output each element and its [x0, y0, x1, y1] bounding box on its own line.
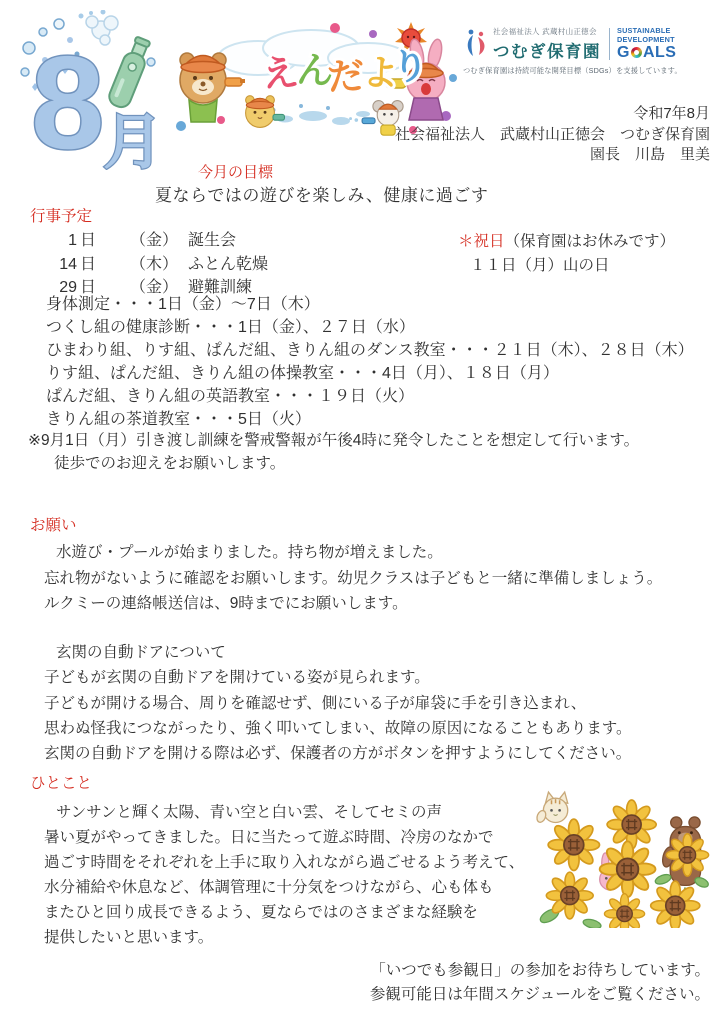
request-line: 水遊び・プールが始まりました。持ち物が増えました。 — [44, 540, 662, 566]
message-line: またひと回り成長できるよう、夏ならではのさまざまな経験を — [44, 900, 524, 925]
request-heading: お願い — [30, 513, 77, 535]
schedule-line: ひまわり組、りす組、ぱんだ組、きりん組のダンス教室・・・２１日（木）、２８日（木… — [46, 339, 694, 362]
sdgs-word-development: DEVELOPMENT — [617, 36, 676, 45]
drill-notice: ※9月1日（月）引き渡し訓練を警戒警報が午後4時に発令したことを想定して行います… — [28, 430, 639, 475]
issue-info: 令和7年8月 社会福祉法人 武蔵村山正徳会 つむぎ保育園 園長 川島 里美 — [395, 104, 710, 166]
sdgs-wheel-icon — [631, 47, 642, 58]
month-numeral: 8 — [31, 29, 104, 170]
logo-school-name: つむぎ保育園 — [493, 38, 601, 62]
door-notice-line: 思わぬ怪我につながったり、強く叩いてしまい、故障の原因になることもあります。 — [44, 716, 631, 741]
event-row: 1 日 （金） 誕生会 — [55, 229, 268, 253]
sunflower-animals-illustration — [533, 786, 711, 928]
issue-org: 社会福祉法人 武蔵村山正徳会 つむぎ保育園 — [395, 125, 710, 146]
event-day: 14 — [55, 253, 77, 277]
schedule-heading: 行事予定 — [30, 204, 92, 226]
message-line: サンサンと輝く太陽、青い空と白い雲、そしてセミの声 — [44, 800, 524, 825]
event-day-suffix: 日 — [80, 229, 96, 253]
schedule-line: ぱんだ組、きりん組の英語教室・・・１９日（火） — [46, 385, 694, 408]
banner-letter-da: だ — [326, 55, 365, 98]
event-name: ふとん乾燥 — [188, 253, 268, 277]
door-notice-line: 子どもが開ける場合、周りを確認せず、側にいる子が扉袋に手を引き込まれ、 — [44, 691, 631, 716]
event-weekday: （金） — [130, 229, 178, 253]
event-weekday: （木） — [130, 253, 178, 277]
ramune-bottle — [106, 35, 153, 110]
message-heading: ひとこと — [30, 771, 92, 793]
holiday-item: １１日（月）山の日 — [458, 254, 675, 278]
goal-heading: 今月の目標 — [198, 161, 273, 182]
event-list: 1 日 （金） 誕生会 14 日 （木） ふとん乾燥 29 日 （金） 避難訓練 — [55, 229, 268, 300]
drill-notice-line1: ※9月1日（月）引き渡し訓練を警戒警報が午後4時に発令したことを想定して行います… — [28, 430, 639, 453]
auto-door-notice: 玄関の自動ドアについて 子どもが玄関の自動ドアを開けている姿が見られます。 子ど… — [44, 640, 631, 766]
sdgs-goals-g: G — [617, 44, 630, 61]
drill-notice-line2: 徒歩でのお迎えをお願いします。 — [28, 453, 639, 476]
message-line: 暑い夏がやってきました。日に当たって遊ぶ時間、冷房のなかで — [44, 825, 524, 850]
logo-divider — [609, 28, 610, 60]
footer-line1: 「いつでも参観日」の参加をお待ちしています。 — [370, 959, 710, 983]
sdgs-logo: SUSTAINABLE DEVELOPMENT GALS — [617, 27, 676, 61]
august-month-badge-illustration: 8 月 — [15, 10, 165, 170]
request-line: ルクミーの連絡帳送信は、9時までにお願いします。 — [44, 591, 662, 617]
message-line: 提供したいと思います。 — [44, 925, 524, 950]
cub-character — [246, 96, 285, 128]
schedule-line: きりん組の茶道教室・・・5日（火） — [46, 408, 694, 431]
newsletter-page: 8 月 — [0, 0, 724, 1024]
water-splash-decoration — [271, 104, 371, 125]
schedule-lines: 身体測定・・・1日（金）～7日（木） つくし組の健康診断・・・1日（金）、２７日… — [46, 293, 694, 431]
goal-text: 夏ならではの遊びを楽しみ、健康に過ごす — [155, 181, 488, 206]
tsumugi-logo-icon — [463, 28, 489, 60]
message-line: 水分補給や休息など、体調管理に十分気をつけながら、心も体も — [44, 875, 524, 900]
holiday-label: ＊祝日 — [458, 233, 505, 250]
event-day-suffix: 日 — [80, 253, 96, 277]
event-row: 14 日 （木） ふとん乾燥 — [55, 253, 268, 277]
sdgs-goals-als: ALS — [643, 44, 677, 61]
issue-director: 園長 川島 里美 — [395, 145, 710, 166]
sdgs-word-goals: GALS — [617, 44, 676, 61]
request-line: 忘れ物がないように確認をお願いします。幼児クラスは子どもと一緒に準備しましょう。 — [44, 566, 662, 592]
holiday-note: ＊祝日（保育園はお休みです） １１日（月）山の日 — [458, 230, 675, 278]
event-day: 1 — [55, 229, 77, 253]
cat-character — [535, 792, 567, 824]
message-line: 過ごす時間をそれぞれを上手に取り入れながら過ごせるよう考えて、 — [44, 850, 524, 875]
month-kanji: 月 — [103, 109, 163, 170]
event-name: 誕生会 — [188, 229, 236, 253]
door-notice-line: 子どもが玄関の自動ドアを開けている姿が見られます。 — [44, 665, 631, 690]
logo-org-small: 社会福祉法人 武蔵村山正徳会 — [493, 26, 601, 37]
request-lines: 水遊び・プールが始まりました。持ち物が増えました。 忘れ物がないように確認をお願… — [44, 540, 662, 617]
logo-names: 社会福祉法人 武蔵村山正徳会 つむぎ保育園 — [493, 26, 601, 62]
message-lines: サンサンと輝く太陽、青い空と白い雲、そしてセミの声 暑い夏がやってきました。日に… — [44, 800, 524, 950]
door-notice-line: 玄関の自動ドアについて — [44, 640, 631, 665]
logo-tagline: つむぎ保育園は持続可能な開発目標（SDGs）を支援しています。 — [463, 66, 721, 76]
banner-letter-ri: り — [391, 45, 430, 88]
banner-letter-e: え — [260, 51, 301, 96]
schedule-line: つくし組の健康診断・・・1日（金）、２７日（水） — [46, 316, 694, 339]
issue-date: 令和7年8月 — [395, 104, 710, 125]
school-logo-block: 社会福祉法人 武蔵村山正徳会 つむぎ保育園 SUSTAINABLE DEVELO… — [463, 26, 721, 76]
schedule-line: りす組、ぱんだ組、きりん組の体操教室・・・4日（月）、１８日（月） — [46, 362, 694, 385]
footer-note: 「いつでも参観日」の参加をお待ちしています。 参観可能日は年間スケジュールをご覧… — [370, 959, 710, 1007]
holiday-note-text: （保育園はお休みです） — [505, 233, 676, 250]
footer-line2: 参観可能日は年間スケジュールをご覧ください。 — [370, 983, 710, 1007]
schedule-line: 身体測定・・・1日（金）～7日（木） — [46, 293, 694, 316]
door-notice-line: 玄関の自動ドアを開ける際は必ず、保護者の方がボタンを押すようにしてください。 — [44, 741, 631, 766]
